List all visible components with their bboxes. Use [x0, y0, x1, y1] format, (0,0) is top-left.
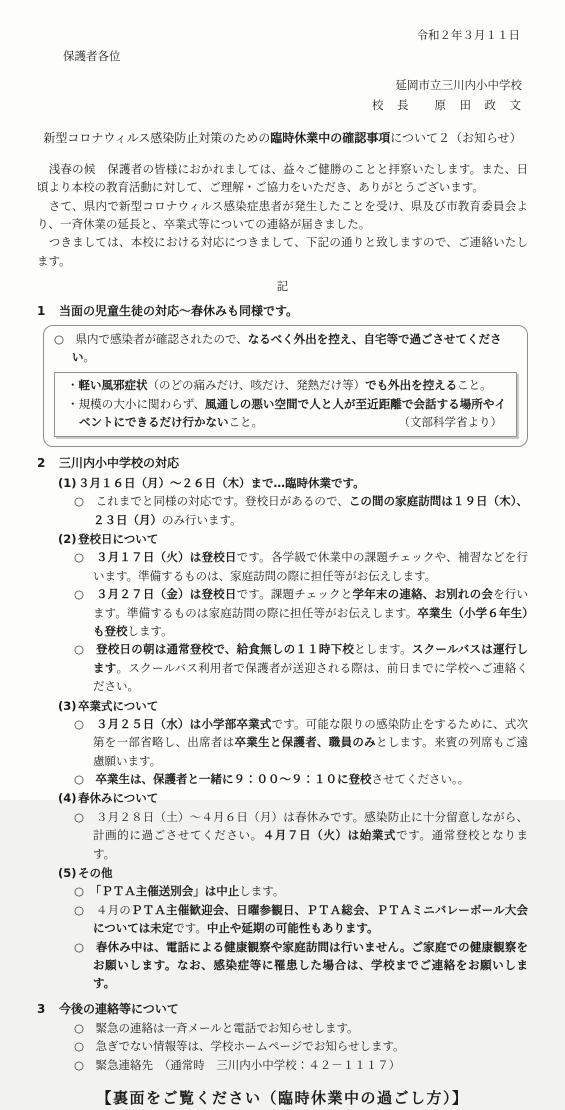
subsection-5-number: (5)	[58, 864, 78, 882]
list-item: ○ 春休み中は、電話による健康観察や家庭訪問は行いません。ご家庭での健康観察をお…	[74, 938, 528, 993]
intro-paragraph-3: つきましては、本校における対応につきまして、下記の通りと致しますので、ご連絡いた…	[37, 233, 528, 270]
subsection-4-number: (4)	[58, 789, 78, 807]
body-text: こと。	[229, 415, 264, 429]
body-text: こと。	[457, 378, 492, 392]
mext-source-note: （文部科学省より）	[399, 413, 503, 431]
guidance-bullet-1: ・軽い風邪症状（のどの痛みだけ、咳だけ、発熱だけ等）でも外出を控えること。	[67, 376, 506, 394]
subsection-5-title: その他	[78, 866, 113, 880]
emphasized-text: 中止や延期の可能性もあります。	[207, 921, 379, 935]
list-item: ○ ３月２８日（土）～４月６日（月）は春休みです。感染防止に十分留意しながら、計…	[74, 808, 528, 863]
list-item: ○ これまでと同様の対応です。登校日があるので、この間の家庭訪問は１９日（木）、…	[74, 492, 528, 529]
body-text: ○ 県内で感染者が確認されたので、	[54, 332, 248, 346]
section-3-heading: 3今後の連絡等について	[37, 1000, 528, 1019]
subsection-3-title: 卒業式について	[78, 699, 158, 713]
list-item: ○ 緊急連絡先 （通常時 三川内小中学校：４２－１１１７）	[74, 1056, 528, 1074]
list-item: ○ ３月１７日（火）は登校日です。各学級で休業中の課題チェックや、補習などを行い…	[74, 548, 528, 585]
emphasized-text: ３月２５日（水）は小学部卒業式	[96, 717, 272, 731]
emphasized-text: 「ＰＴＡ主催送別会」は中止	[96, 884, 240, 898]
school-name: 延岡市立三川内小中学校	[37, 76, 528, 94]
emphasized-text: 卒業生と保護者、職員のみ	[234, 735, 375, 749]
body-text: （のどの痛みだけ、咳だけ、発熱だけ等）	[148, 378, 366, 392]
section-1-title: 当面の児童生徒の対応～春休みも同様です。	[59, 304, 298, 318]
body-text: ○	[74, 550, 96, 564]
subsection-5-heading: (5)その他	[58, 864, 528, 882]
list-item: ○ ４月のＰＴＡ主催歓迎会、日曜参観日、ＰＴＡ総会、ＰＴＡミニバレーボール大会に…	[74, 901, 528, 938]
notice-document-page: 令和２年３月１１日 保護者各位 延岡市立三川内小中学校 校 長 原 田 政 文 …	[0, 0, 565, 800]
emphasized-text: でも外出を控える	[365, 378, 457, 392]
section-3-title: 今後の連絡等について	[59, 1002, 179, 1016]
back-page-note: 【裏面をご覧ください（臨時休業中の過ごし方）】	[37, 1086, 528, 1110]
subsection-1-number: (1)	[58, 474, 78, 492]
addressee-line: 保護者各位	[37, 47, 528, 65]
intro-paragraph-1: 浅春の候 保護者の皆様におかれましては、益々ご健勝のことと拝察いたします。また、…	[37, 160, 528, 197]
section-2-number: 2	[37, 454, 59, 473]
subsection-4-heading: (4)春休みについて	[58, 789, 528, 807]
body-text: 新型コロナウィルス感染防止対策のための	[43, 131, 270, 145]
section-2-heading: 2三川内小中学校の対応	[37, 454, 528, 473]
list-item: ○ ３月２７日（金）は登校日です。課題チェックと学年末の連絡、お別れの会を行いま…	[74, 585, 528, 640]
principal-name: 校 長 原 田 政 文	[37, 96, 528, 114]
subsection-3-number: (3)	[58, 697, 78, 715]
emphasized-text: 春休み中は、電話による健康観察や家庭訪問は行いません。ご家庭での健康観察をお願い…	[93, 940, 528, 991]
body-text: ○	[74, 940, 96, 954]
list-item: ○ 卒業生は、保護者と一緒に９：００～９：１０に登校させてください。。	[74, 770, 528, 788]
body-text: します。	[239, 884, 284, 898]
section-2-title: 三川内小中学校の対応	[59, 456, 179, 470]
emphasized-text: 学年末の連絡、お別れの会	[352, 587, 493, 601]
subsection-1-heading: (1)３月１６日（月）～２６日（木）まで…臨時休業です。	[58, 474, 528, 492]
body-text: です。課題チェックと	[237, 587, 353, 601]
section-1-heading: 1当面の児童生徒の対応～春休みも同様です。	[37, 302, 528, 321]
ki-marker: 記	[37, 277, 528, 295]
body-text: です。	[173, 921, 207, 935]
list-item: ○ 登校日の朝は通常登校で、給食無しの１１時下校とします。スクールバスは運行しま…	[74, 640, 528, 695]
subsection-4-title: 春休みについて	[78, 791, 158, 805]
subsection-2-heading: (2)登校日について	[58, 530, 528, 548]
emphasized-text: ４月７日（火）は始業式	[263, 828, 396, 842]
body-text: ○	[74, 772, 96, 786]
emphasized-text: 臨時休業中の確認事項	[270, 131, 390, 145]
body-text: します。	[128, 624, 173, 638]
body-text: ○ ４月の	[74, 903, 131, 917]
body-text: ○	[74, 642, 96, 656]
body-text: のみ行います。	[162, 513, 242, 527]
body-text: ・規模の大小に関わらず、	[67, 397, 205, 411]
list-item: ○ 緊急の連絡は一斉メールと電話でお知らせします。	[74, 1019, 528, 1037]
body-text: ○	[74, 717, 96, 731]
emphasized-text: 卒業生は、保護者と一緒に９：００～９：１０に登校	[96, 772, 372, 786]
advisory-line: ○ 県内で感染者が確認されたので、なるべく外出を控え、自宅等で過ごさせてください…	[54, 330, 517, 367]
body-text: させてください。。	[372, 772, 470, 786]
body-text: 。スクールバス利用者で保護者が送迎される際は、前日までに学校へご連絡ください。	[93, 661, 528, 693]
body-text: 。	[84, 350, 96, 364]
subsection-2-title: 登校日について	[78, 532, 158, 546]
body-text: ○	[74, 884, 96, 898]
emphasized-text: 軽い風邪症状	[79, 378, 148, 392]
body-text: ○ 緊急連絡先 （通常時 三川内小中学校：４２－１１１７）	[74, 1058, 400, 1072]
body-text: ○	[74, 587, 96, 601]
intro-paragraph-2: さて、県内で新型コロナウィルス感染症患者が発生したことを受け、県及び市教育委員会…	[37, 197, 528, 234]
emphasized-text: 登校日の朝は通常登校で、給食無しの１１時下校	[96, 642, 354, 656]
document-date: 令和２年３月１１日	[37, 26, 528, 44]
body-text: ○ 緊急の連絡は一斉メールと電話でお知らせします。	[74, 1021, 359, 1035]
subsection-1-title: ３月１６日（月）～２６日（木）まで…臨時休業です。	[78, 476, 365, 490]
body-text: とします。	[354, 642, 412, 656]
subsection-3-heading: (3)卒業式について	[58, 697, 528, 715]
advisory-box: ○ 県内で感染者が確認されたので、なるべく外出を控え、自宅等で過ごさせてください…	[43, 325, 528, 447]
emphasized-text: ３月２７日（金）は登校日	[96, 587, 237, 601]
section-1-number: 1	[37, 302, 59, 321]
list-item: ○ ３月２５日（水）は小学部卒業式です。可能な限りの感染防止をするために、式次第…	[74, 715, 528, 770]
section-3-number: 3	[37, 1000, 59, 1019]
body-text: ○ 急ぎでない情報等は、学校ホームページでお知らせします。	[74, 1039, 405, 1053]
subsection-2-number: (2)	[58, 530, 78, 548]
list-item: ○ 急ぎでない情報等は、学校ホームページでお知らせします。	[74, 1037, 528, 1055]
mext-guidance-box: （文部科学省より） ・軽い風邪症状（のどの痛みだけ、咳だけ、発熱だけ等）でも外出…	[54, 372, 517, 436]
body-text: ○ これまでと同様の対応です。登校日があるので、	[74, 494, 349, 508]
body-text: ・	[67, 378, 79, 392]
list-item: ○ 「ＰＴＡ主催送別会」は中止します。	[74, 882, 528, 900]
body-text: について２（お知らせ）	[390, 131, 521, 145]
emphasized-text: ３月１７日（火）は登校日	[96, 550, 237, 564]
document-title: 新型コロナウィルス感染防止対策のための臨時休業中の確認事項について２（お知らせ）	[37, 129, 528, 148]
